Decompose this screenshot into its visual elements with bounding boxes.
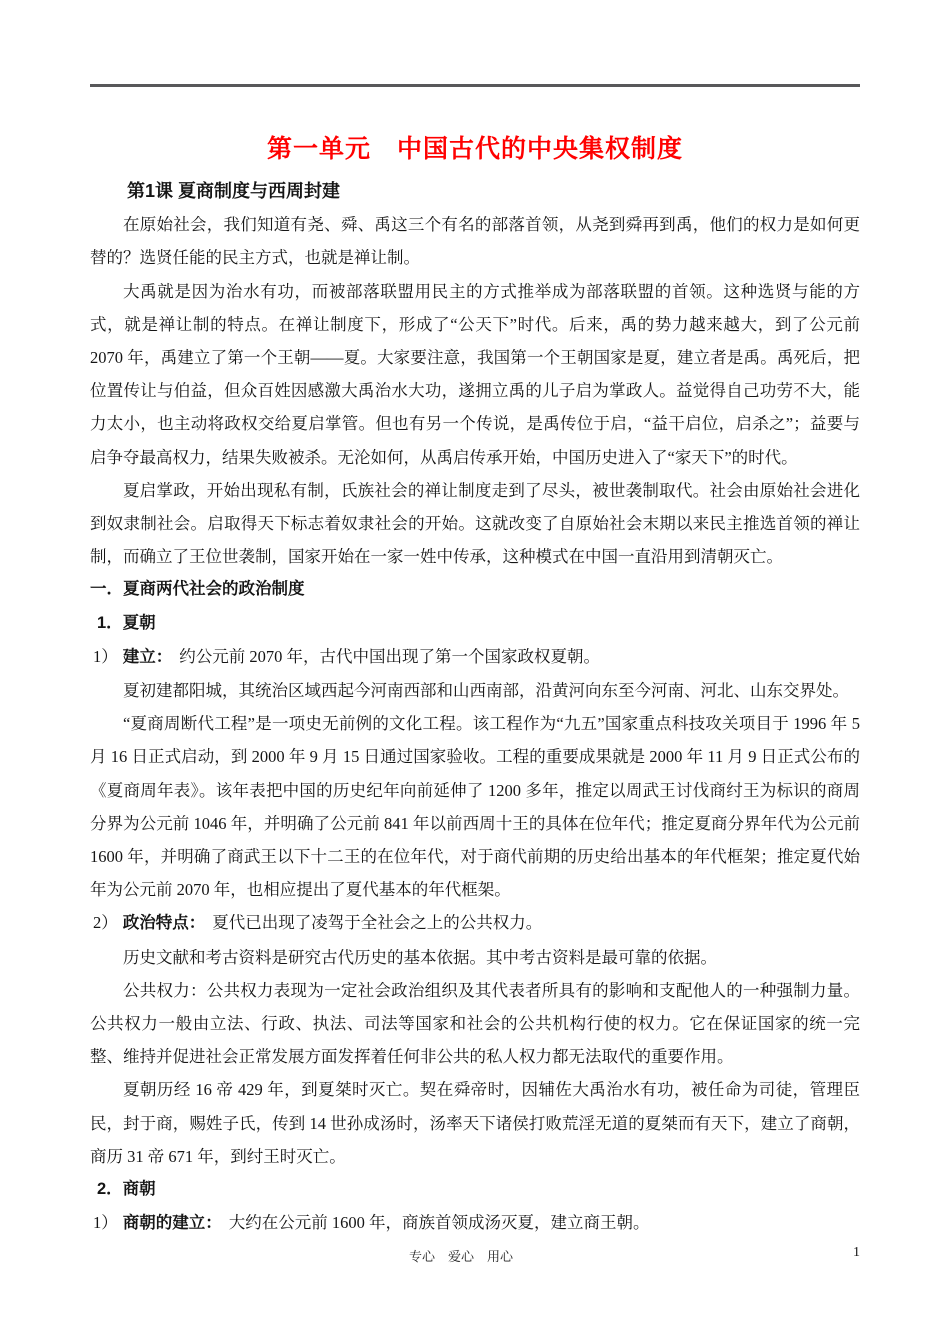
unit-title: 第一单元 中国古代的中央集权制度 <box>90 127 860 171</box>
item-number: 1） <box>93 647 118 666</box>
document-content: 第一单元 中国古代的中央集权制度 第1课 夏商制度与西周封建 在原始社会，我们知… <box>90 127 860 1241</box>
lesson-heading: 第1课 夏商制度与西周封建 <box>90 175 860 208</box>
item-label: 商朝的建立： <box>123 1214 222 1232</box>
subsection-heading: 2．商朝 <box>90 1173 860 1206</box>
item-text: 夏代已出现了凌驾于全社会之上的公共权力。 <box>212 913 542 932</box>
item-number: 2） <box>93 913 118 932</box>
paragraph: 夏朝历经 16 帝 429 年，到夏桀时灭亡。契在舜帝时，因辅佐大禹治水有功，被… <box>90 1073 860 1173</box>
item-text: 约公元前 2070 年，古代中国出现了第一个国家政权夏朝。 <box>179 647 600 666</box>
paragraph: 公共权力：公共权力表现为一定社会政治组织及其代表者所具有的影响和支配他人的一种强… <box>90 974 860 1074</box>
footer-motto: 专心 爱心 用心 <box>409 1246 513 1265</box>
paragraph: 夏启掌政，开始出现私有制，氏族社会的禅让制度走到了尽头，被世袭制取代。社会由原始… <box>90 474 860 574</box>
section-heading: 一．夏商两代社会的政治制度 <box>90 573 860 606</box>
item-number: 1） <box>93 1213 118 1232</box>
list-item: 2）政治特点：夏代已出现了凌驾于全社会之上的公共权力。 <box>90 906 860 940</box>
page-footer: 专心 爱心 用心 1 <box>90 1246 860 1265</box>
document-page: 第一单元 中国古代的中央集权制度 第1课 夏商制度与西周封建 在原始社会，我们知… <box>0 0 950 1344</box>
item-label: 政治特点： <box>123 914 206 932</box>
header-rule <box>90 84 860 87</box>
paragraph: 大禹就是因为治水有功，而被部落联盟用民主的方式推举成为部落联盟的首领。这种选贤与… <box>90 275 860 474</box>
item-text: 大约在公元前 1600 年，商族首领成汤灭夏，建立商王朝。 <box>229 1213 650 1232</box>
page-number: 1 <box>853 1245 860 1261</box>
paragraph: 在原始社会，我们知道有尧、舜、禹这三个有名的部落首领，从尧到舜再到禹，他们的权力… <box>90 208 860 274</box>
paragraph: “夏商周断代工程”是一项史无前例的文化工程。该工程作为“九五”国家重点科技攻关项… <box>90 707 860 906</box>
paragraph: 历史文献和考古资料是研究古代历史的基本依据。其中考古资料是最可靠的依据。 <box>90 941 860 974</box>
list-item: 1）商朝的建立：大约在公元前 1600 年，商族首领成汤灭夏，建立商王朝。 <box>90 1206 860 1240</box>
subsection-heading: 1．夏朝 <box>90 607 860 640</box>
list-item: 1）建立：约公元前 2070 年，古代中国出现了第一个国家政权夏朝。 <box>90 640 860 674</box>
paragraph: 夏初建都阳城，其统治区域西起今河南西部和山西南部，沿黄河向东至今河南、河北、山东… <box>90 674 860 707</box>
item-label: 建立： <box>123 648 173 666</box>
